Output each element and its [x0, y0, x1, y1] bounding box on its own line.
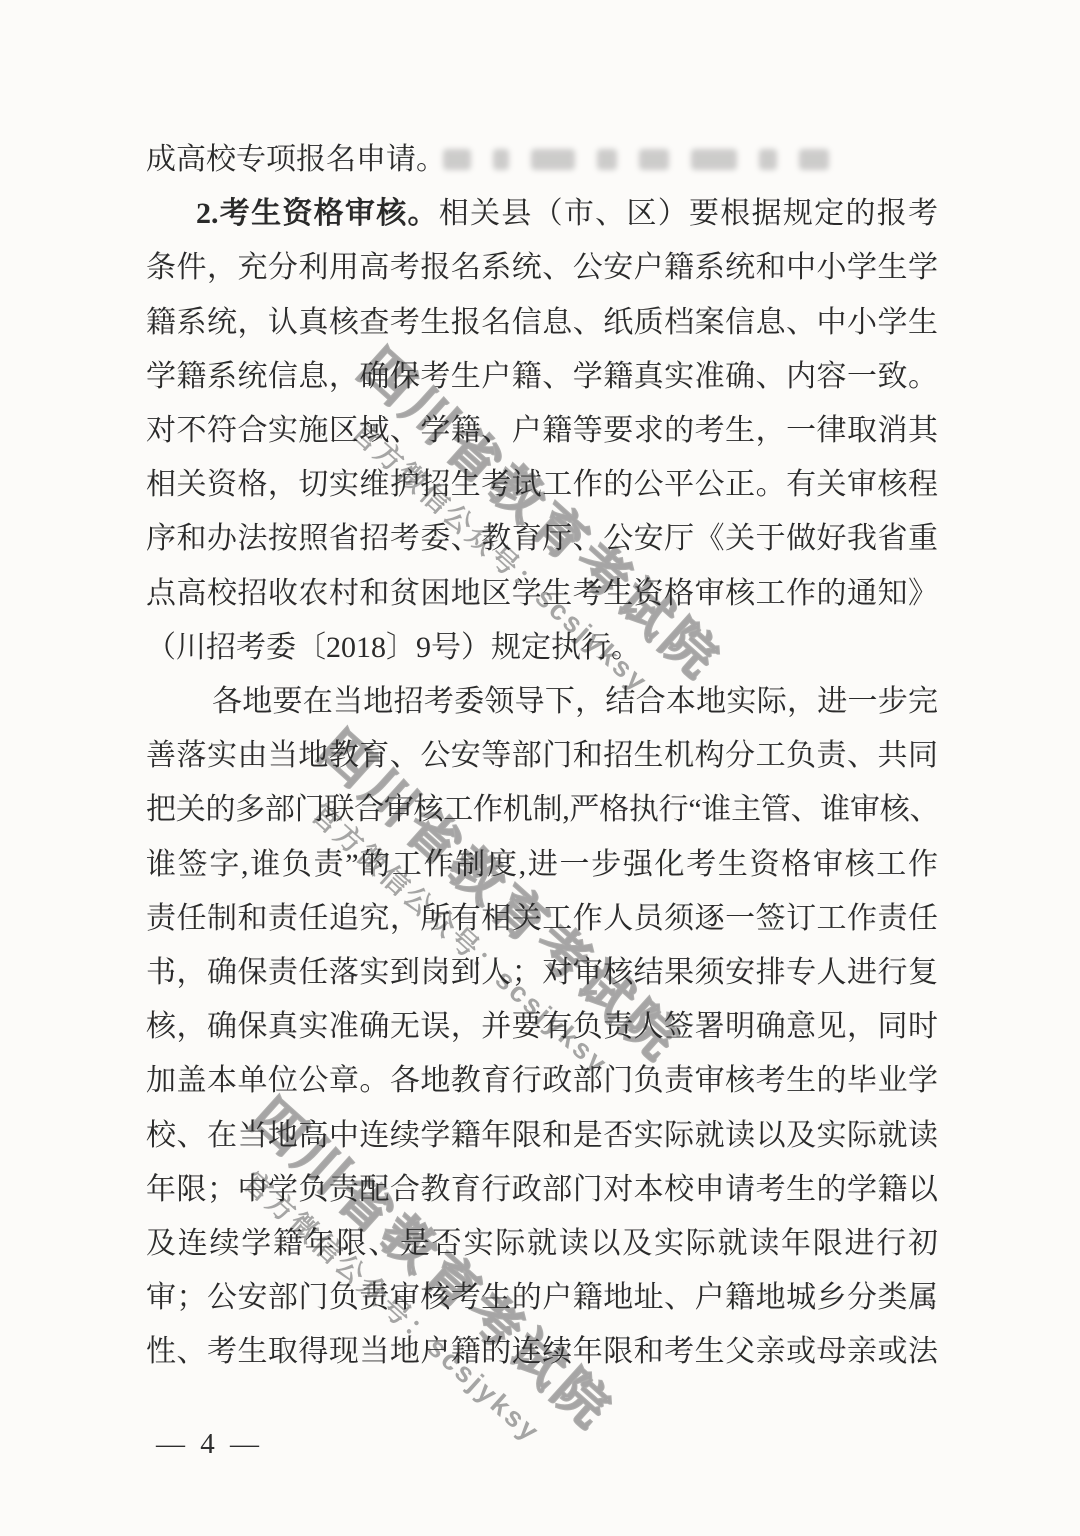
text-line: 年限；中学负责配合教育行政部门对本校申请考生的学籍以	[146, 1163, 938, 1217]
text-line: 学籍系统信息，确保考生户籍、学籍真实准确、内容一致。	[146, 350, 938, 404]
text-line: 书，确保责任落实到岗到人；对审核结果须安排专人进行复	[146, 946, 938, 1000]
text-line: 相关县（市、区）要根据规定的报考	[439, 197, 938, 230]
text-line: 对不符合实施区域、学籍、户籍等要求的考生，一律取消其	[146, 404, 938, 458]
text-line: （川招考委〔2018〕9号）规定执行。	[146, 621, 938, 675]
text-line: 序和办法按照省招考委、教育厅、公安厅《关于做好我省重	[146, 512, 938, 566]
text-line: 加盖本单位公章。各地教育行政部门负责审核考生的毕业学	[146, 1054, 938, 1108]
text-line: 各地要在当地招考委领导下，结合本地实际，进一步完	[146, 675, 938, 729]
text-line: 籍系统，认真核查考生报名信息、纸质档案信息、中小学生	[146, 296, 938, 350]
text-line: 条件，充分利用高考报名系统、公安户籍系统和中小学生学	[146, 241, 938, 295]
text-line: 审；公安部门负责审核考生的户籍地址、户籍地城乡分类属	[146, 1271, 938, 1325]
text-line: 相关资格，切实维护招生考试工作的公平公正。有关审核程	[146, 458, 938, 512]
body-text: 成高校专项报名申请。 2.考生资格审核。相关县（市、区）要根据规定的报考 条件，…	[146, 133, 938, 1380]
text-line: 点高校招收农村和贫困地区学生考生资格审核工作的通知》	[146, 567, 938, 621]
text-line: 2.考生资格审核。相关县（市、区）要根据规定的报考	[146, 187, 938, 241]
page-number: — 4 —	[156, 1428, 263, 1461]
text-line: 责任制和责任追究，所有相关工作人员须逐一签订工作责任	[146, 892, 938, 946]
text-line: 校、在当地高中连续学籍年限和是否实际就读以及实际就读	[146, 1109, 938, 1163]
text-line: 谁签字,谁负责”的工作制度,进一步强化考生资格审核工作	[146, 838, 938, 892]
section-heading: 2.考生资格审核。	[196, 197, 439, 230]
text-line: 及连续学籍年限、是否实际就读以及实际就读年限进行初	[146, 1217, 938, 1271]
text-line: 成高校专项报名申请。	[146, 133, 938, 187]
document-page: 四川省教育考试院 官方微信公众号：scsjyksy 四川省教育考试院 官方微信公…	[0, 0, 1080, 1536]
text-line: 善落实由当地教育、公安等部门和招生机构分工负责、共同	[146, 729, 938, 783]
text-line: 性、考生取得现当地户籍的连续年限和考生父亲或母亲或法	[146, 1325, 938, 1379]
text-line: 核，确保真实准确无误，并要有负责人签署明确意见，同时	[146, 1000, 938, 1054]
text-line: 把关的多部门联合审核工作机制,严格执行“谁主管、谁审核、	[146, 783, 938, 837]
